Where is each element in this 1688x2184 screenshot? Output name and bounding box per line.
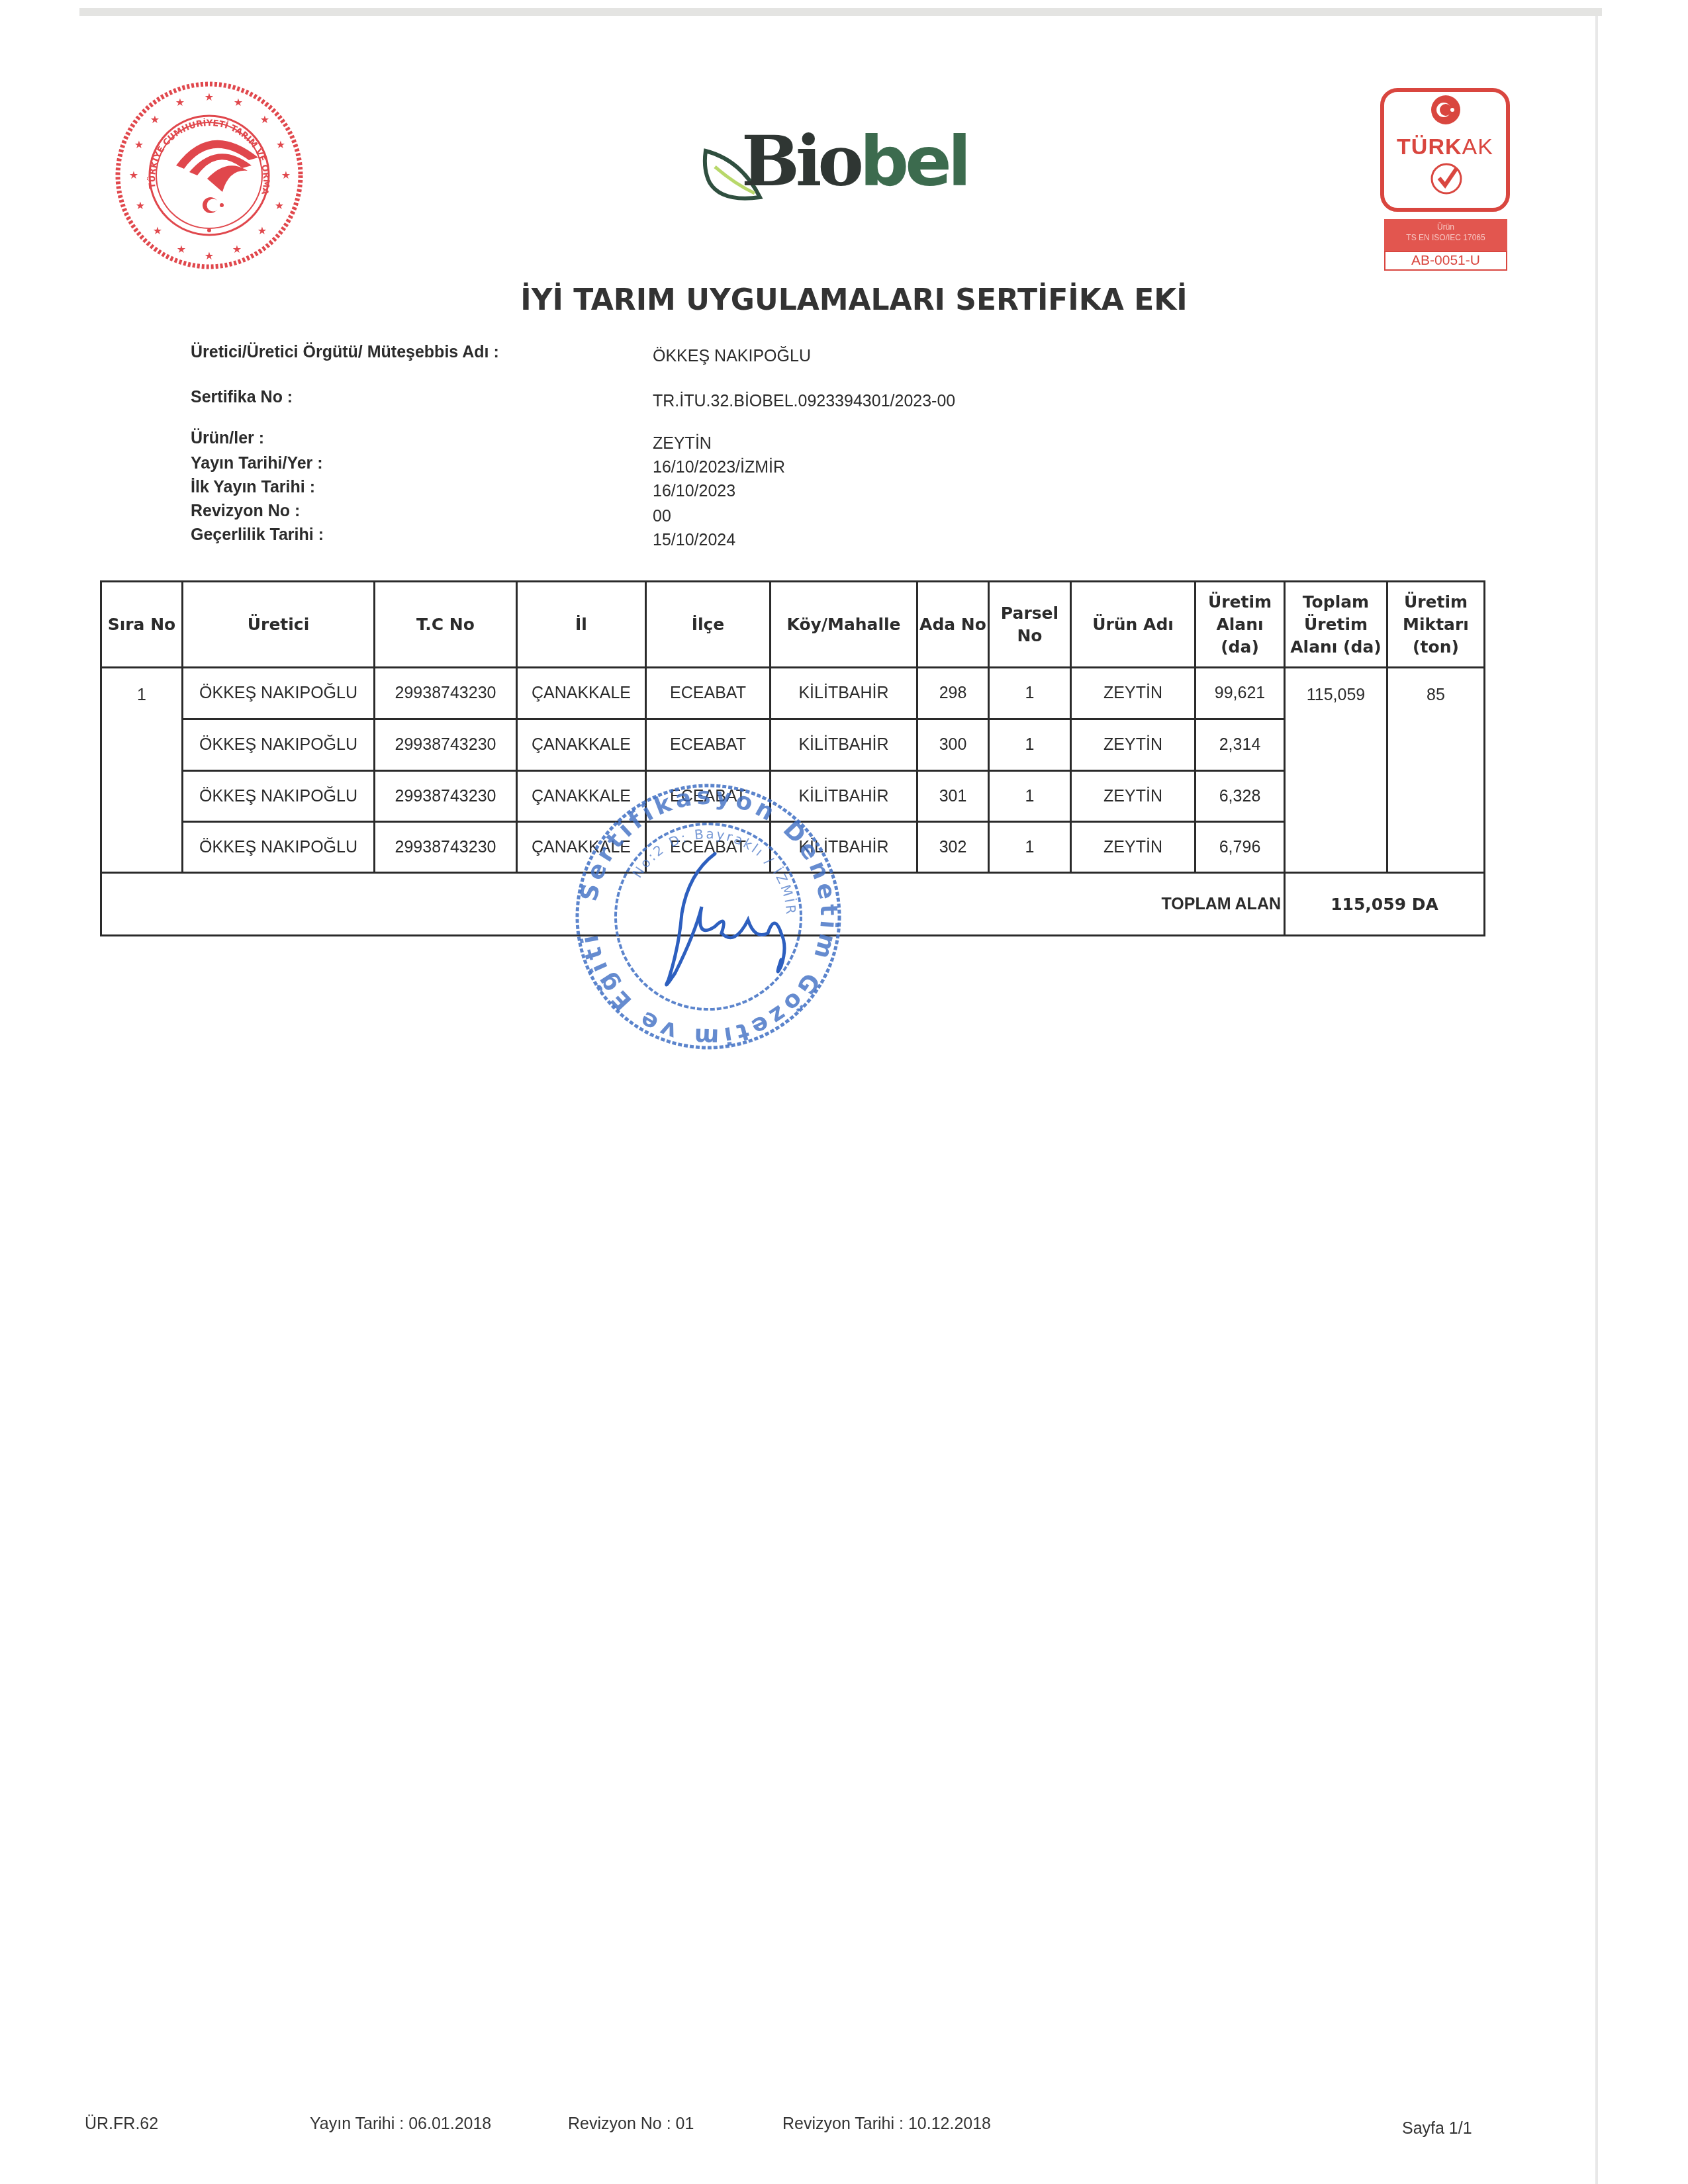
uretim-miktari-cell: 85 (1386, 666, 1485, 874)
svg-text:★: ★ (177, 243, 186, 255)
table-cell-ada: 300 (916, 718, 990, 772)
table-cell-alan: 6,328 (1194, 770, 1286, 823)
validity-label: Geçerlilik Tarihi : (191, 525, 324, 545)
form-code: ÜR.FR.62 (85, 2115, 158, 2134)
total-area-value: 115,059 DA (1284, 872, 1485, 936)
svg-text:★: ★ (276, 138, 285, 151)
table-cell-ilce: ECEABAT (645, 718, 771, 772)
column-header-koy-mahalle: Köy/Mahalle (769, 580, 918, 668)
svg-text:★: ★ (150, 113, 160, 126)
table-cell-tc_no: 29938743230 (373, 666, 518, 720)
column-header-il: İl (516, 580, 647, 668)
accreditation-logo: TÜRKAK Ürün TS EN ISO/IEC 17065 AB-0051-… (1380, 88, 1511, 267)
table-cell-uretici: ÖKKEŞ NAKIPOĞLU (181, 770, 375, 823)
table-cell-parsel: 1 (988, 821, 1072, 874)
svg-text:★: ★ (136, 199, 145, 212)
certificate-value: TR.İTU.32.BİOBEL.0923394301/2023-00 (653, 392, 955, 411)
column-header-sira-no: Sıra No (100, 580, 183, 668)
table-cell-parsel: 1 (988, 666, 1072, 720)
table-cell-koy: KİLİTBAHİR (769, 718, 918, 772)
table-cell-ilce: ECEABAT (645, 821, 771, 874)
svg-text:★: ★ (129, 169, 138, 181)
table-cell-tc_no: 29938743230 (373, 821, 518, 874)
svg-text:★: ★ (234, 96, 243, 109)
svg-text:★: ★ (205, 91, 214, 103)
revision-label: Revizyon No : (191, 502, 300, 521)
column-header-urun-adi: Ürün Adı (1070, 580, 1196, 668)
table-cell-ada: 301 (916, 770, 990, 823)
table-cell-ada: 302 (916, 821, 990, 874)
table-cell-koy: KİLİTBAHİR (769, 821, 918, 874)
parcel-table: Sıra NoÜreticiT.C NoİlİlçeKöy/MahalleAda… (101, 581, 1484, 935)
producer-value: ÖKKEŞ NAKIPOĞLU (653, 347, 811, 366)
column-header-uretim-alani: Üretim Alanı (da) (1194, 580, 1286, 668)
svg-text:★: ★ (175, 96, 185, 109)
first-publish-label: İlk Yayın Tarihi : (191, 478, 315, 497)
validity-value: 15/10/2024 (653, 531, 735, 550)
footer-revision-date: Revizyon Tarihi : 10.12.2018 (782, 2115, 991, 2134)
column-header-toplam-uretim-alani: Toplam Üretim Alanı (da) (1284, 580, 1388, 668)
svg-text:★: ★ (205, 250, 214, 262)
svg-text:★: ★ (275, 199, 284, 212)
table-cell-parsel: 1 (988, 718, 1072, 772)
table-cell-koy: KİLİTBAHİR (769, 770, 918, 823)
accreditation-name: TÜRKAK (1380, 134, 1510, 160)
table-cell-parsel: 1 (988, 770, 1072, 823)
svg-text:★: ★ (281, 169, 291, 181)
table-cell-il: ÇANAKKALE (516, 821, 647, 874)
producer-label: Üretici/Üretici Örgütü/ Müteşebbis Adı : (191, 343, 499, 362)
column-header-parsel-no: Parsel No (988, 580, 1072, 668)
table-cell-urun: ZEYTİN (1070, 770, 1196, 823)
footer-revision-no: Revizyon No : 01 (568, 2115, 694, 2134)
brand-name: Biobel (741, 122, 967, 201)
publish-value: 16/10/2023/İZMİR (653, 458, 785, 477)
page-title: İYİ TARIM UYGULAMALARI SERTİFİKA EKİ (291, 283, 1417, 317)
table-cell-ilce: ECEABAT (645, 666, 771, 720)
toplam-uretim-alani-cell: 115,059 (1284, 666, 1388, 874)
table-cell-tc_no: 29938743230 (373, 770, 518, 823)
column-header-ilce: İlçe (645, 580, 771, 668)
column-header-ada-no: Ada No (916, 580, 990, 668)
table-cell-urun: ZEYTİN (1070, 666, 1196, 720)
turkish-flag-crescent-icon (1430, 95, 1461, 125)
scan-edge-right (1595, 16, 1598, 2184)
table-cell-ilce: ECEABAT (645, 770, 771, 823)
table-cell-il: ÇANAKKALE (516, 770, 647, 823)
table-cell-il: ÇANAKKALE (516, 666, 647, 720)
accreditation-code: AB-0051-U (1384, 251, 1507, 271)
ministry-seal-icon: TÜRKİYE CUMHURİYETİ TARIM VE ORMAN BAKAN… (111, 79, 310, 271)
svg-text:★: ★ (134, 138, 144, 151)
accreditation-standard-band: Ürün TS EN ISO/IEC 17065 (1384, 219, 1507, 251)
table-cell-tc_no: 29938743230 (373, 718, 518, 772)
table-cell-uretici: ÖKKEŞ NAKIPOĞLU (181, 718, 375, 772)
table-cell-urun: ZEYTİN (1070, 821, 1196, 874)
svg-text:★: ★ (258, 224, 267, 237)
column-header-tc-no: T.C No (373, 580, 518, 668)
footer-publish-date: Yayın Tarihi : 06.01.2018 (310, 2115, 491, 2134)
table-cell-koy: KİLİTBAHİR (769, 666, 918, 720)
sira-no-cell: 1 (100, 666, 183, 874)
svg-text:★: ★ (260, 113, 269, 126)
brand-logo: Biobel (702, 126, 940, 205)
table-cell-ada: 298 (916, 666, 990, 720)
svg-text:★: ★ (153, 224, 162, 237)
scan-edge-top (79, 8, 1602, 16)
table-cell-alan: 99,621 (1194, 666, 1286, 720)
turkak-checkmark-icon (1430, 162, 1463, 195)
first-publish-value: 16/10/2023 (653, 482, 735, 501)
page-number: Sayfa 1/1 (1402, 2119, 1472, 2138)
table-cell-alan: 6,796 (1194, 821, 1286, 874)
products-label: Ürün/ler : (191, 429, 264, 448)
revision-value: 00 (653, 507, 671, 526)
table-cell-uretici: ÖKKEŞ NAKIPOĞLU (181, 821, 375, 874)
column-header-uretici: Üretici (181, 580, 375, 668)
publish-label: Yayın Tarihi/Yer : (191, 454, 323, 473)
table-cell-urun: ZEYTİN (1070, 718, 1196, 772)
products-value: ZEYTİN (653, 434, 712, 453)
table-cell-uretici: ÖKKEŞ NAKIPOĞLU (181, 666, 375, 720)
column-header-uretim-miktari: Üretim Miktarı (ton) (1386, 580, 1485, 668)
table-cell-il: ÇANAKKALE (516, 718, 647, 772)
total-area-label: TOPLAM ALAN (100, 872, 1286, 936)
table-cell-alan: 2,314 (1194, 718, 1286, 772)
svg-text:★: ★ (232, 243, 242, 255)
certificate-label: Sertifika No : (191, 388, 293, 407)
